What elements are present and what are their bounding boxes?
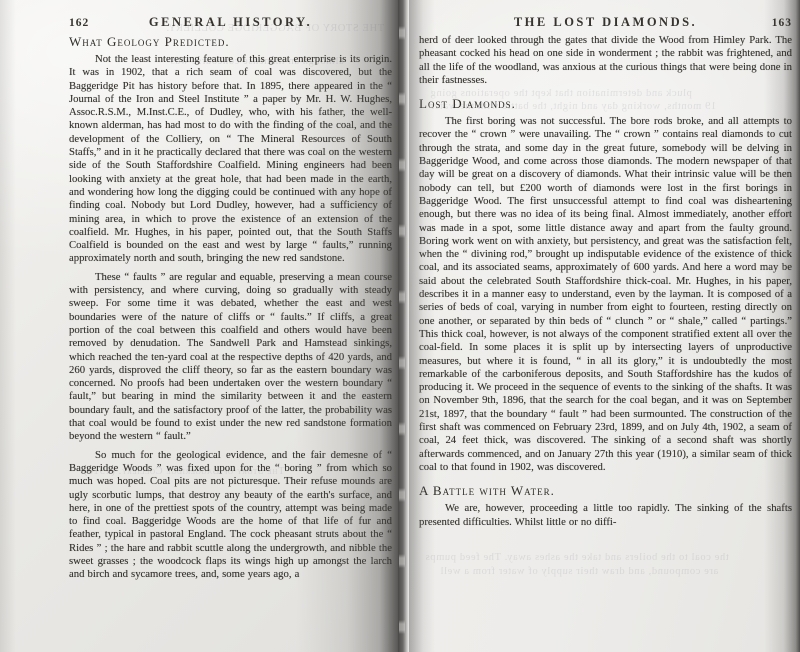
right-page-text-column: 163 THE LOST DIAMONDS. 163 herd of deer … xyxy=(419,15,792,534)
right-page-number: 163 xyxy=(772,17,792,29)
section-heading-lost-diamonds: Lost Diamonds. xyxy=(419,96,792,112)
left-running-title: GENERAL HISTORY. xyxy=(89,15,372,30)
paragraph: We are, however, proceeding a little too… xyxy=(419,502,792,529)
book-spread: THE STORY OF BAGGERIDGE COLLIERY. althou… xyxy=(0,0,800,652)
right-running-title: THE LOST DIAMONDS. xyxy=(439,15,772,30)
right-running-header: 163 THE LOST DIAMONDS. 163 xyxy=(419,15,792,30)
paragraph: The first boring was not successful. The… xyxy=(419,115,792,474)
paragraph: So much for the geological evidence, and… xyxy=(69,449,392,582)
section-heading-what-geology-predicted: What Geology Predicted. xyxy=(69,34,392,50)
section-heading-a-battle-with-water: A Battle with Water. xyxy=(419,483,792,499)
left-running-header: 162 GENERAL HISTORY. 162 xyxy=(69,15,392,30)
continuation-paragraph: herd of deer looked through the gates th… xyxy=(419,34,792,87)
paragraph: Not the least interesting feature of thi… xyxy=(69,53,392,266)
left-page-number: 162 xyxy=(69,17,89,29)
paragraph: These “ faults ” are regular and equable… xyxy=(69,271,392,444)
left-page-text-column: 162 GENERAL HISTORY. 162 What Geology Pr… xyxy=(69,15,392,587)
